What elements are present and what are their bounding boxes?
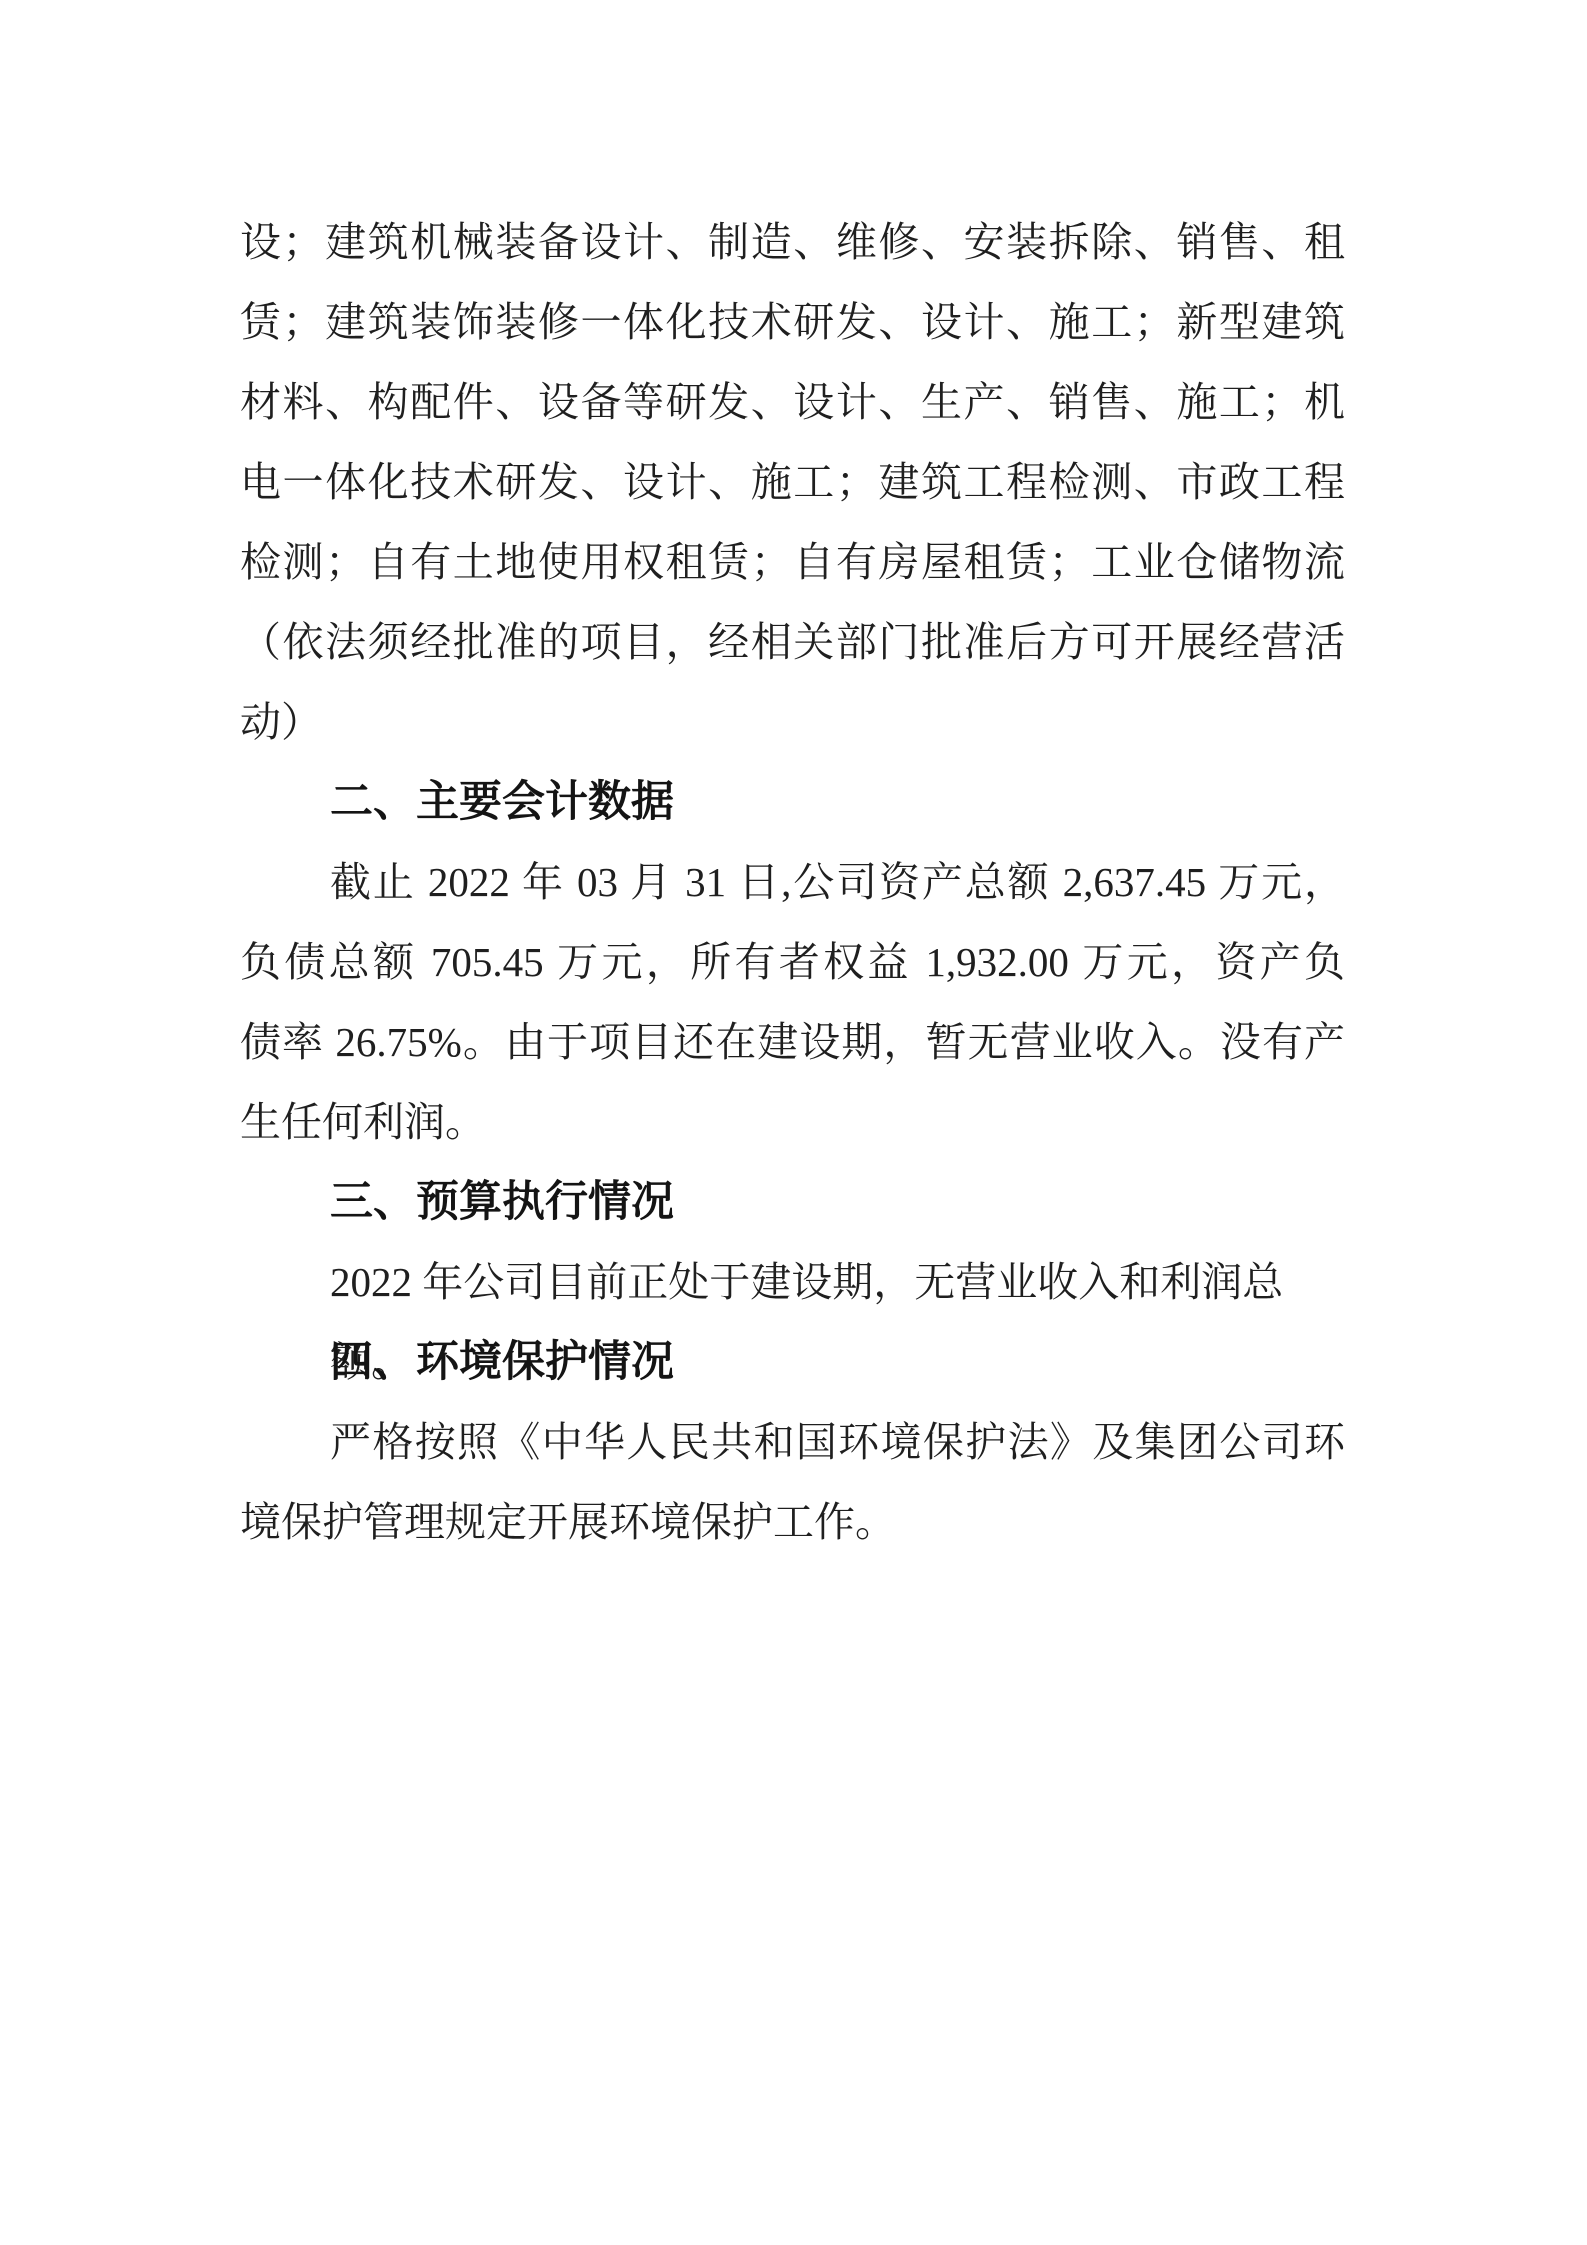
business-scope-line-last: 动） (240, 682, 1345, 762)
environment-paragraph-line: 严格按照《中华人民共和国环境保护法》及集团公司环 (240, 1402, 1345, 1482)
accounting-paragraph-line-last: 生任何利润。 (240, 1082, 1345, 1162)
heading-budget-execution: 三、预算执行情况 (240, 1162, 1345, 1242)
business-scope-line: 电一体化技术研发、设计、施工；建筑工程检测、市政工程 (240, 442, 1345, 522)
budget-paragraph-line: 2022 年公司目前正处于建设期，无营业收入和利润总额。 (240, 1242, 1345, 1322)
business-scope-line: 设；建筑机械装备设计、制造、维修、安装拆除、销售、租 (240, 202, 1345, 282)
business-scope-line: 检测；自有土地使用权租赁；自有房屋租赁；工业仓储物流 (240, 522, 1345, 602)
business-scope-line: 赁；建筑装饰装修一体化技术研发、设计、施工；新型建筑 (240, 282, 1345, 362)
accounting-paragraph-line: 负债总额 705.45 万元，所有者权益 1,932.00 万元，资产负 (240, 922, 1345, 1002)
accounting-paragraph-line: 债率 26.75%。由于项目还在建设期，暂无营业收入。没有产 (240, 1002, 1345, 1082)
environment-paragraph-line-last: 境保护管理规定开展环境保护工作。 (240, 1482, 1345, 1562)
heading-environmental-protection: 四、环境保护情况 (240, 1322, 1345, 1402)
business-scope-line: 材料、构配件、设备等研发、设计、生产、销售、施工；机 (240, 362, 1345, 442)
business-scope-line: （依法须经批准的项目，经相关部门批准后方可开展经营活 (240, 602, 1345, 682)
accounting-paragraph-line: 截止 2022 年 03 月 31 日,公司资产总额 2,637.45 万元， (240, 842, 1345, 922)
document-page: 设；建筑机械装备设计、制造、维修、安装拆除、销售、租 赁；建筑装饰装修一体化技术… (0, 0, 1587, 2245)
heading-accounting-data: 二、主要会计数据 (240, 762, 1345, 842)
